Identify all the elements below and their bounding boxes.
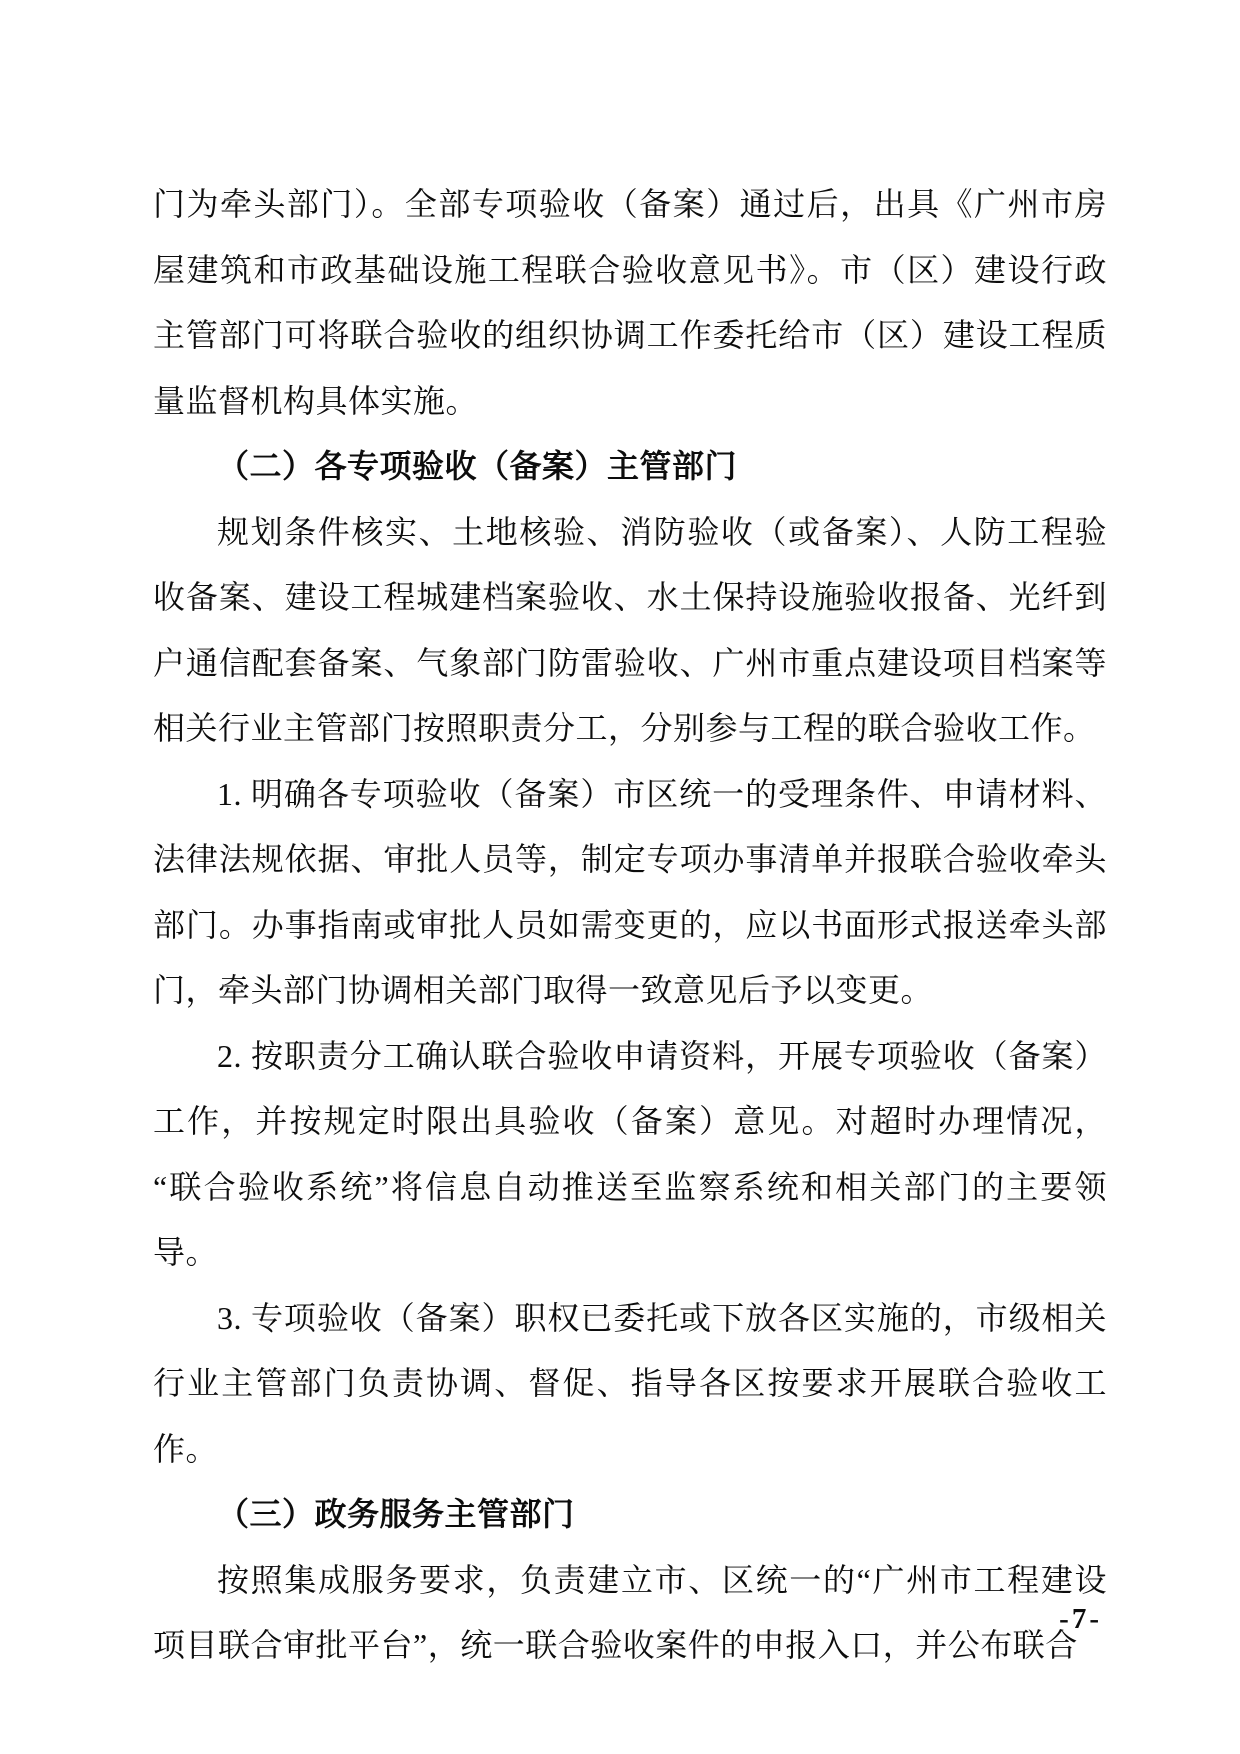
document-page: 门为牵头部门）。全部专项验收（备案）通过后，出具《广州市房屋建筑和市政基础设施工… [0, 0, 1240, 1754]
paragraph-continuation: 门为牵头部门）。全部专项验收（备案）通过后，出具《广州市房屋建筑和市政基础设施工… [153, 172, 1107, 434]
page-number: -7- [1059, 1603, 1102, 1636]
paragraph: 规划条件核实、土地核验、消防验收（或备案）、人防工程验收备案、建设工程城建档案验… [153, 500, 1107, 762]
numbered-paragraph-2: 2. 按职责分工确认联合验收申请资料，开展专项验收（备案）工作，并按规定时限出具… [153, 1024, 1107, 1286]
document-body: 门为牵头部门）。全部专项验收（备案）通过后，出具《广州市房屋建筑和市政基础设施工… [153, 172, 1107, 1679]
section-heading-3: （三）政务服务主管部门 [153, 1482, 1107, 1548]
paragraph-last: 按照集成服务要求，负责建立市、区统一的“广州市工程建设项目联合审批平台”，统一联… [153, 1548, 1107, 1679]
numbered-paragraph-3: 3. 专项验收（备案）职权已委托或下放各区实施的，市级相关行业主管部门负责协调、… [153, 1286, 1107, 1483]
numbered-paragraph-1: 1. 明确各专项验收（备案）市区统一的受理条件、申请材料、法律法规依据、审批人员… [153, 762, 1107, 1024]
section-heading-2: （二）各专项验收（备案）主管部门 [153, 434, 1107, 500]
